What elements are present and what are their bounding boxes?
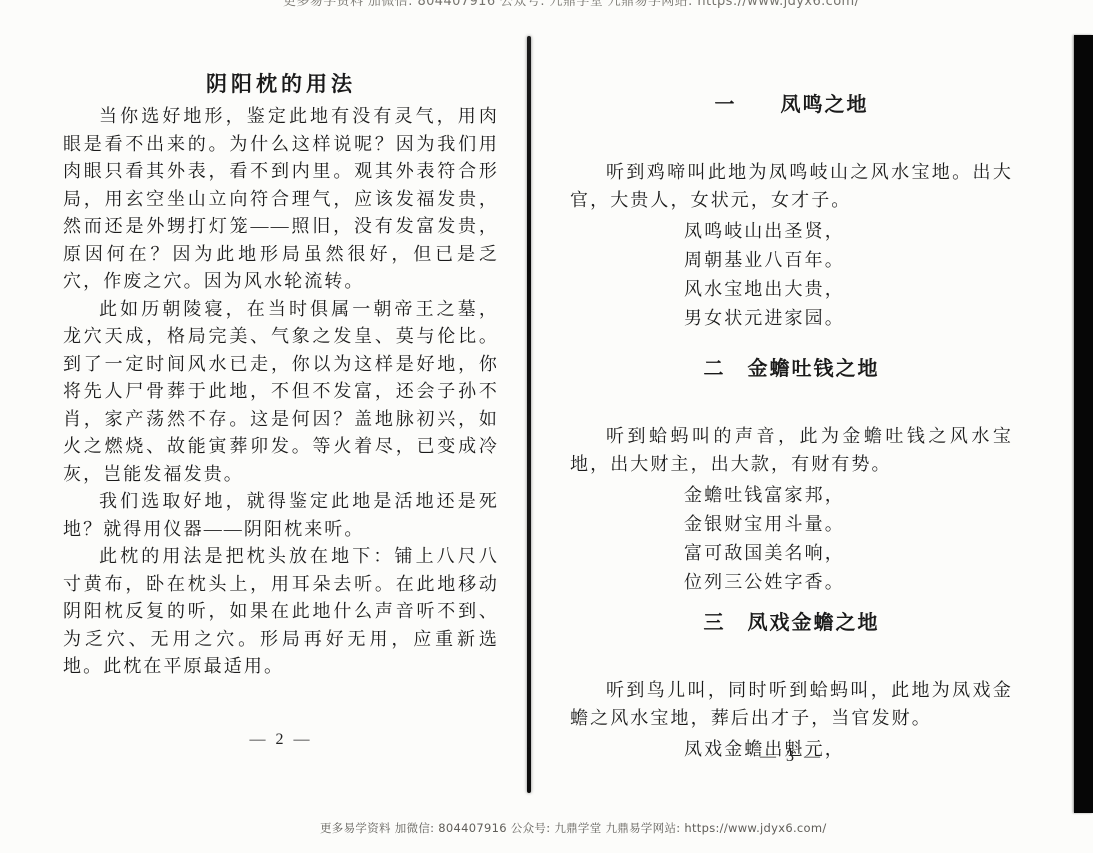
left-page: 阴阳枕的用法 当你选好地形，鉴定此地有没有灵气，用肉眼是看不出来的。为什么这样说…: [63, 0, 499, 853]
paragraph-3: 我们选取好地，就得鉴定此地是活地还是死地？就得用仪器——阴阳枕来听。: [63, 488, 499, 543]
section-jinchan: 二 金蟾吐钱之地 听到蛤蚂叫的声音，此为金蟾吐钱之风水宝地，出大财主，出大款，有…: [570, 352, 1013, 597]
left-page-number: — 2 —: [63, 731, 499, 749]
section-1-body: 听到鸡啼叫此地为凤鸣岐山之风水宝地。出大官，大贵人，女状元，女才子。: [570, 159, 1013, 214]
section-fengxi-jinchan: 三 凤戏金蟾之地 听到鸟儿叫，同时听到蛤蚂叫，此地为凤戏金蟾之风水宝地，葬后出才…: [570, 606, 1013, 764]
verse-line: 位列三公姓字香。: [684, 568, 1013, 597]
book-spine-line: [527, 36, 531, 793]
left-page-body: 当你选好地形，鉴定此地有没有灵气，用肉眼是看不出来的。为什么这样说呢？因为我们用…: [63, 103, 499, 681]
section-2-body: 听到蛤蚂叫的声音，此为金蟾吐钱之风水宝地，出大财主，出大款，有财有势。: [570, 423, 1013, 478]
section-fengming: 一 凤鸣之地 听到鸡啼叫此地为凤鸣岐山之风水宝地。出大官，大贵人，女状元，女才子…: [570, 88, 1013, 333]
verse-line: 周朝基业八百年。: [684, 246, 1013, 275]
section-1-heading: 一 凤鸣之地: [570, 88, 1013, 117]
verse-line: 金蟾吐钱富家邦，: [684, 481, 1013, 510]
right-page-number: — 3 —: [570, 748, 1013, 766]
paragraph-1: 当你选好地形，鉴定此地有没有灵气，用肉眼是看不出来的。为什么这样说呢？因为我们用…: [63, 103, 499, 296]
paragraph-4: 此枕的用法是把枕头放在地下：铺上八尺八寸黄布，卧在枕头上，用耳朵去听。在此地移动…: [63, 543, 499, 681]
verse-line: 男女状元进家园。: [684, 304, 1013, 333]
paragraph-2: 此如历朝陵寝，在当时俱属一朝帝王之墓，龙穴天成，格局完美、气象之发皇、莫与伦比。…: [63, 296, 499, 489]
verse-line: 金银财宝用斗量。: [684, 510, 1013, 539]
book-scan-spread: 更多易学资料 加微信: 804407916 公众号: 九鼎学堂 九鼎易学网站: …: [0, 0, 1093, 853]
scan-edge-bar: [1074, 35, 1093, 813]
verse-line: 凤鸣岐山出圣贤，: [684, 217, 1013, 246]
left-page-title: 阴阳枕的用法: [63, 68, 499, 98]
right-page: 一 凤鸣之地 听到鸡啼叫此地为凤鸣岐山之风水宝地。出大官，大贵人，女状元，女才子…: [570, 0, 1013, 853]
section-2-heading: 二 金蟾吐钱之地: [570, 352, 1013, 381]
verse-line: 风水宝地出大贵，: [684, 275, 1013, 304]
watermark-footer: 更多易学资料 加微信: 804407916 公众号: 九鼎学堂 九鼎易学网站: …: [320, 820, 827, 836]
verse-line: 富可敌国美名响，: [684, 539, 1013, 568]
section-2-verse: 金蟾吐钱富家邦， 金银财宝用斗量。 富可敌国美名响， 位列三公姓字香。: [570, 481, 1013, 597]
section-1-verse: 凤鸣岐山出圣贤， 周朝基业八百年。 风水宝地出大贵， 男女状元进家园。: [570, 217, 1013, 333]
section-3-body: 听到鸟儿叫，同时听到蛤蚂叫，此地为凤戏金蟾之风水宝地，葬后出才子，当官发财。: [570, 677, 1013, 732]
section-3-heading: 三 凤戏金蟾之地: [570, 606, 1013, 635]
